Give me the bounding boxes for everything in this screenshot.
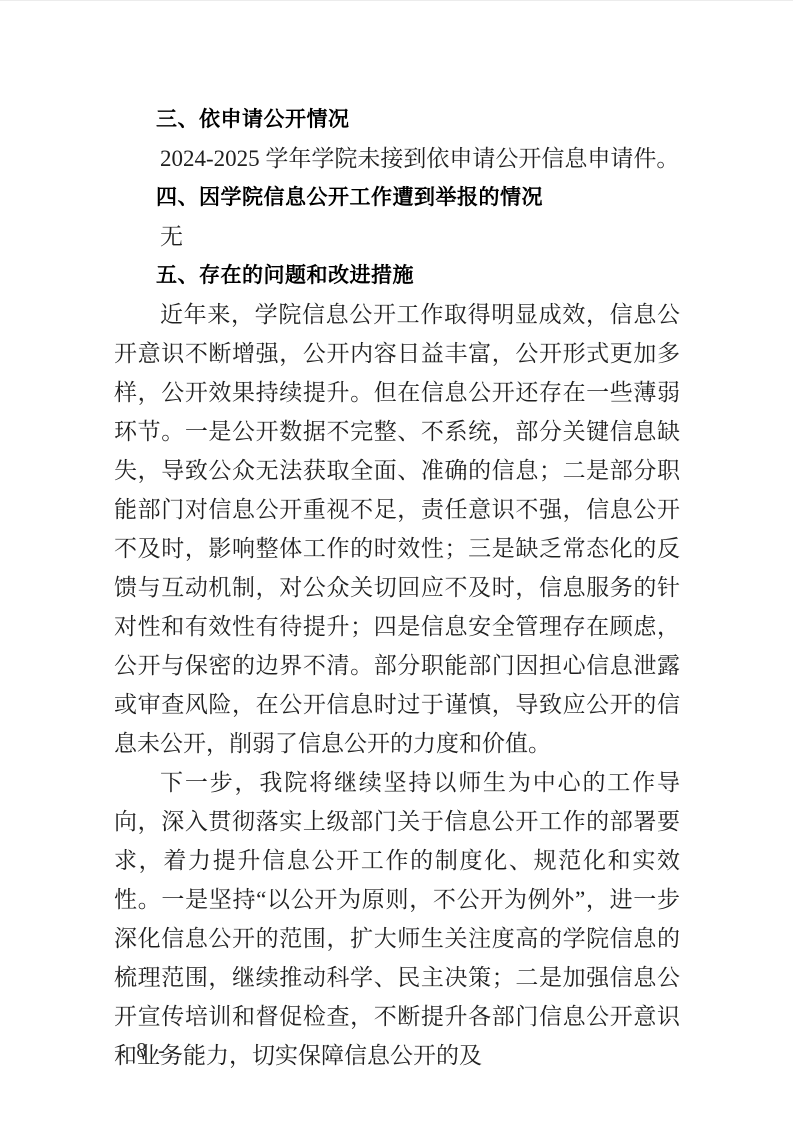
document-page: 三、依申请公开情况 2024-2025 学年学院未接到依申请公开信息申请件。 四…: [0, 0, 793, 1122]
paragraph-next-steps: 下一步，我院将继续坚持以师生为中心的工作导向，深入贯彻落实上级部门关于信息公开工…: [114, 763, 680, 1075]
heading-section-three-request-based-disclosure: 三、依申请公开情况: [114, 100, 680, 139]
heading-section-five-problems-and-improvements: 五、存在的问题和改进措施: [114, 256, 680, 295]
heading-section-four-complaints: 四、因学院信息公开工作遭到举报的情况: [114, 178, 680, 217]
paragraph-problems-overview: 近年来，学院信息公开工作取得明显成效，信息公开意识不断增强，公开内容日益丰富，公…: [114, 295, 680, 763]
paragraph-complaints-none: 无: [114, 217, 680, 256]
page-number: - 8 -: [118, 1037, 168, 1063]
document-body: 三、依申请公开情况 2024-2025 学年学院未接到依申请公开信息申请件。 四…: [114, 100, 680, 1075]
paragraph-request-based-disclosure: 2024-2025 学年学院未接到依申请公开信息申请件。: [114, 139, 680, 178]
